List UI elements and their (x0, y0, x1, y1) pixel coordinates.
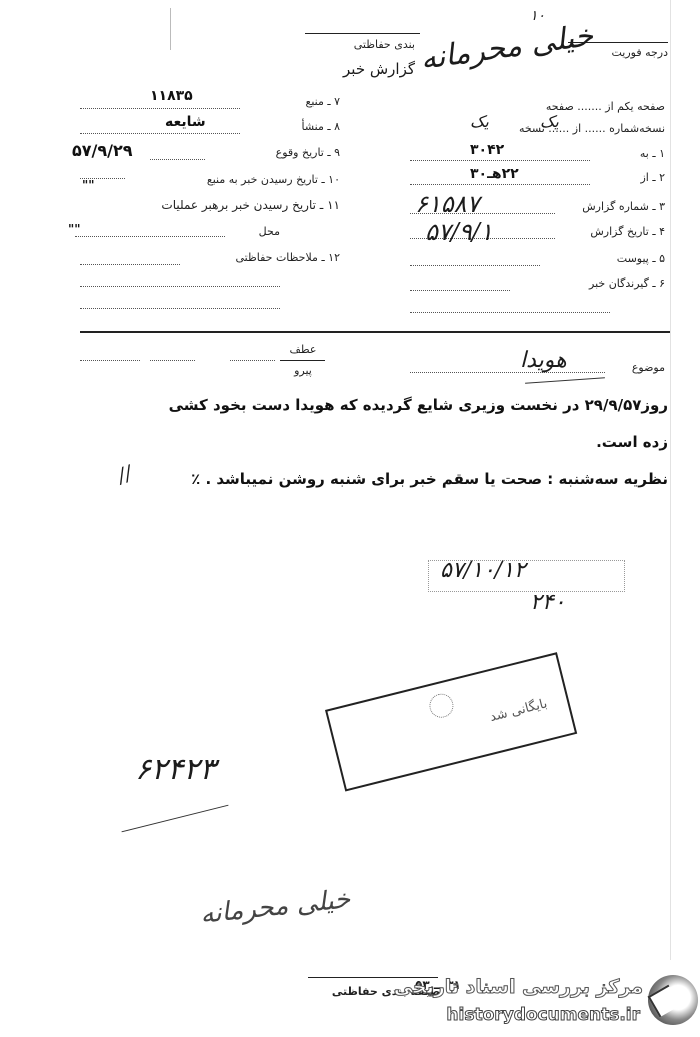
field-source-line (80, 108, 240, 109)
form-title: گزارش خبر (295, 60, 415, 78)
handwritten-classification: خیلی محرمانه (418, 18, 595, 77)
field-origin-value: شایعه (165, 114, 206, 130)
date-stamp-value: ۵۷/۱۰/۱۲ (440, 558, 526, 583)
field-recipients-line-2 (410, 312, 610, 313)
handwritten-file-number: ۶۲۴۲۳ (135, 752, 216, 787)
report-body-line-2: زده است. (400, 433, 668, 451)
field-security-notes-line-3 (80, 308, 280, 309)
section-divider (80, 331, 670, 333)
date-stamp-sub: ۲۴۰ (530, 590, 565, 615)
report-body-line-1: روز۲۹/۹/۵۷ در نخست وزیری شایع گردیده که … (60, 396, 668, 414)
handwritten-mark: ۱۰ (530, 8, 545, 24)
classification-rule (305, 33, 420, 34)
field-location-line (75, 236, 225, 237)
follow-up-label: پیرو (283, 364, 323, 377)
field-security-notes-line-2 (80, 286, 280, 287)
archive-stamp: بایگانی شد (325, 652, 577, 791)
reference-label: عطف (283, 343, 323, 356)
field-recipients-line (410, 290, 510, 291)
subject-value: هویدا (520, 348, 567, 373)
watermark-name: مرکز بررسی اسناد تاریخی (415, 976, 643, 998)
subject-label: موضوع (610, 361, 665, 374)
field-from-line (410, 184, 590, 185)
archive-stamp-text: بایگانی شد (488, 696, 549, 725)
field-from-label: ۲ ـ از (600, 171, 665, 184)
field-security-notes-line (80, 264, 180, 265)
reference-rule (280, 360, 325, 361)
field-location-value: "" (68, 222, 81, 236)
field-origin-label: ۸ ـ منشأ (250, 120, 340, 133)
field-source-value: ۱۱۸۳۵ (150, 88, 193, 104)
field-attachment-label: ۵ ـ پیوست (560, 252, 665, 265)
field-occurrence-date-value: ۵۷/۹/۲۹ (72, 141, 133, 160)
field-report-date-value: ۵۷/۹/۱ (425, 218, 493, 246)
scan-artifact (170, 8, 171, 50)
field-report-date-label: ۴ ـ تاریخ گزارش (560, 225, 665, 238)
field-occurrence-date-line (150, 159, 205, 160)
field-origin-line (80, 133, 240, 134)
field-operations-receipt-label: ۱۱ ـ تاریخ رسیدن خبر برهبر عملیات (70, 198, 340, 212)
reference-line-2 (150, 360, 195, 361)
handwritten-initials: // (114, 460, 135, 487)
copy-of-value: یک (470, 112, 489, 131)
field-to-line (410, 160, 590, 161)
reference-line-3 (230, 360, 275, 361)
field-recipients-label: ۶ ـ گیرندگان خبر (520, 277, 665, 290)
emblem-icon (427, 691, 456, 720)
subject-line (410, 372, 605, 373)
field-location-label: محل (230, 225, 280, 238)
watermark-url: historydocuments.ir (430, 1005, 640, 1025)
field-from-value: ۲۲هـ۳۰ (470, 166, 519, 182)
field-attachment-line (410, 265, 540, 266)
document-icon (648, 985, 681, 1018)
copy-number-value: یک (540, 112, 559, 131)
handwritten-classification-bottom: خیلی محرمانه (199, 884, 352, 930)
field-source-receipt-label: ۱۰ ـ تاریخ رسیدن خبر به منبع (130, 173, 340, 186)
field-occurrence-date-label: ۹ ـ تاریخ وقوع (210, 146, 340, 159)
field-security-notes-label: ۱۲ ـ ملاحظات حفاظتی (200, 251, 340, 264)
field-to-value: ۳۰۴۲ (470, 142, 504, 158)
reference-line-1 (80, 360, 140, 361)
subject-underline (525, 377, 605, 384)
field-report-number-label: ۳ ـ شماره گزارش (560, 200, 665, 213)
field-source-receipt-value: "" (82, 178, 95, 192)
classification-label: بندی حفاظتی (300, 38, 415, 51)
field-source-label: ۷ ـ منبع (250, 95, 340, 108)
field-to-label: ۱ ـ به (600, 147, 665, 160)
handwritten-stroke (122, 805, 229, 833)
scan-artifact (670, 0, 671, 960)
watermark-logo-icon (648, 975, 698, 1025)
report-opinion: نظریه سه‌شنبه : صحت یا سقم خبر برای شنبه… (150, 470, 668, 488)
field-report-number-value: ۶۱۵۸۷ (415, 190, 479, 218)
